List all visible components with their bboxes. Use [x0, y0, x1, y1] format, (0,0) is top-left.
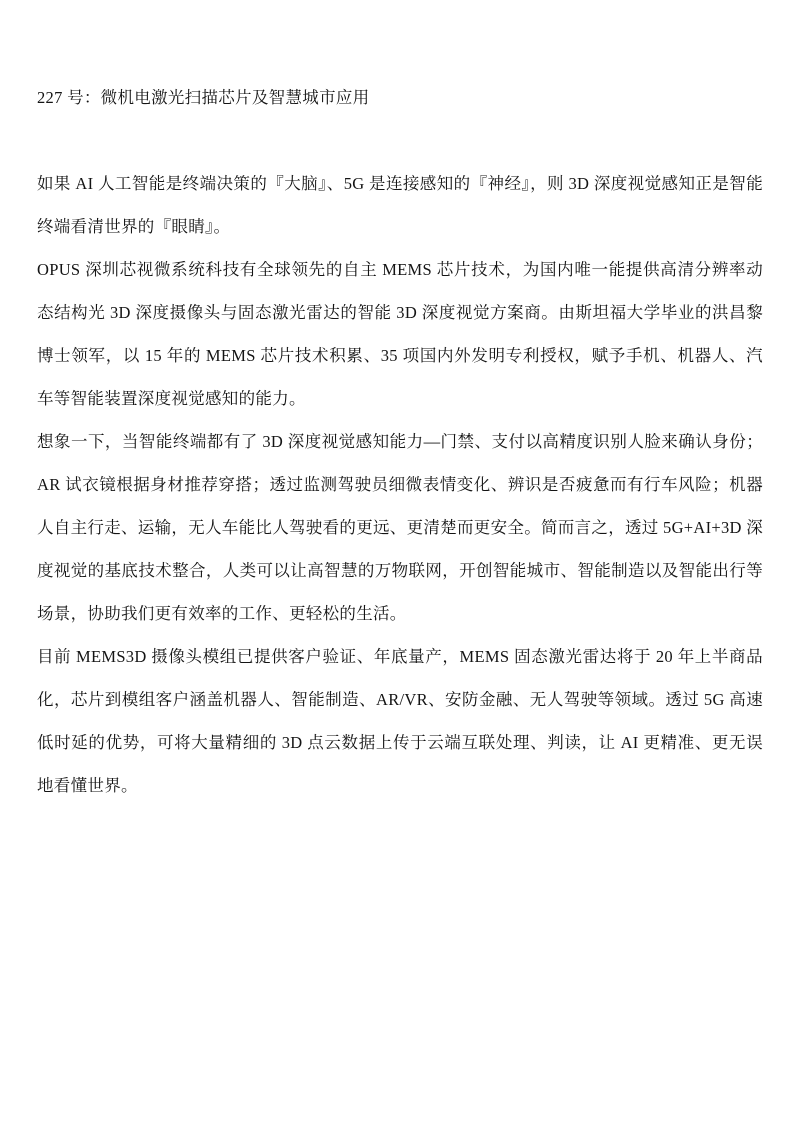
- paragraph-status: 目前 MEMS3D 摄像头模组已提供客户验证、年底量产，MEMS 固态激光雷达将…: [37, 635, 763, 807]
- document-content: 227 号：微机电激光扫描芯片及智慧城市应用 如果 AI 人工智能是终端决策的『…: [37, 76, 763, 807]
- paragraph-vision: 想象一下，当智能终端都有了 3D 深度视觉感知能力—门禁、支付以高精度识别人脸来…: [37, 420, 763, 635]
- document-title: 227 号：微机电激光扫描芯片及智慧城市应用: [37, 76, 763, 119]
- paragraph-intro: 如果 AI 人工智能是终端决策的『大脑』、5G 是连接感知的『神经』，则 3D …: [37, 162, 763, 248]
- paragraph-company: OPUS 深圳芯视微系统科技有全球领先的自主 MEMS 芯片技术，为国内唯一能提…: [37, 248, 763, 420]
- document-page: 227 号：微机电激光扫描芯片及智慧城市应用 如果 AI 人工智能是终端决策的『…: [0, 0, 800, 1131]
